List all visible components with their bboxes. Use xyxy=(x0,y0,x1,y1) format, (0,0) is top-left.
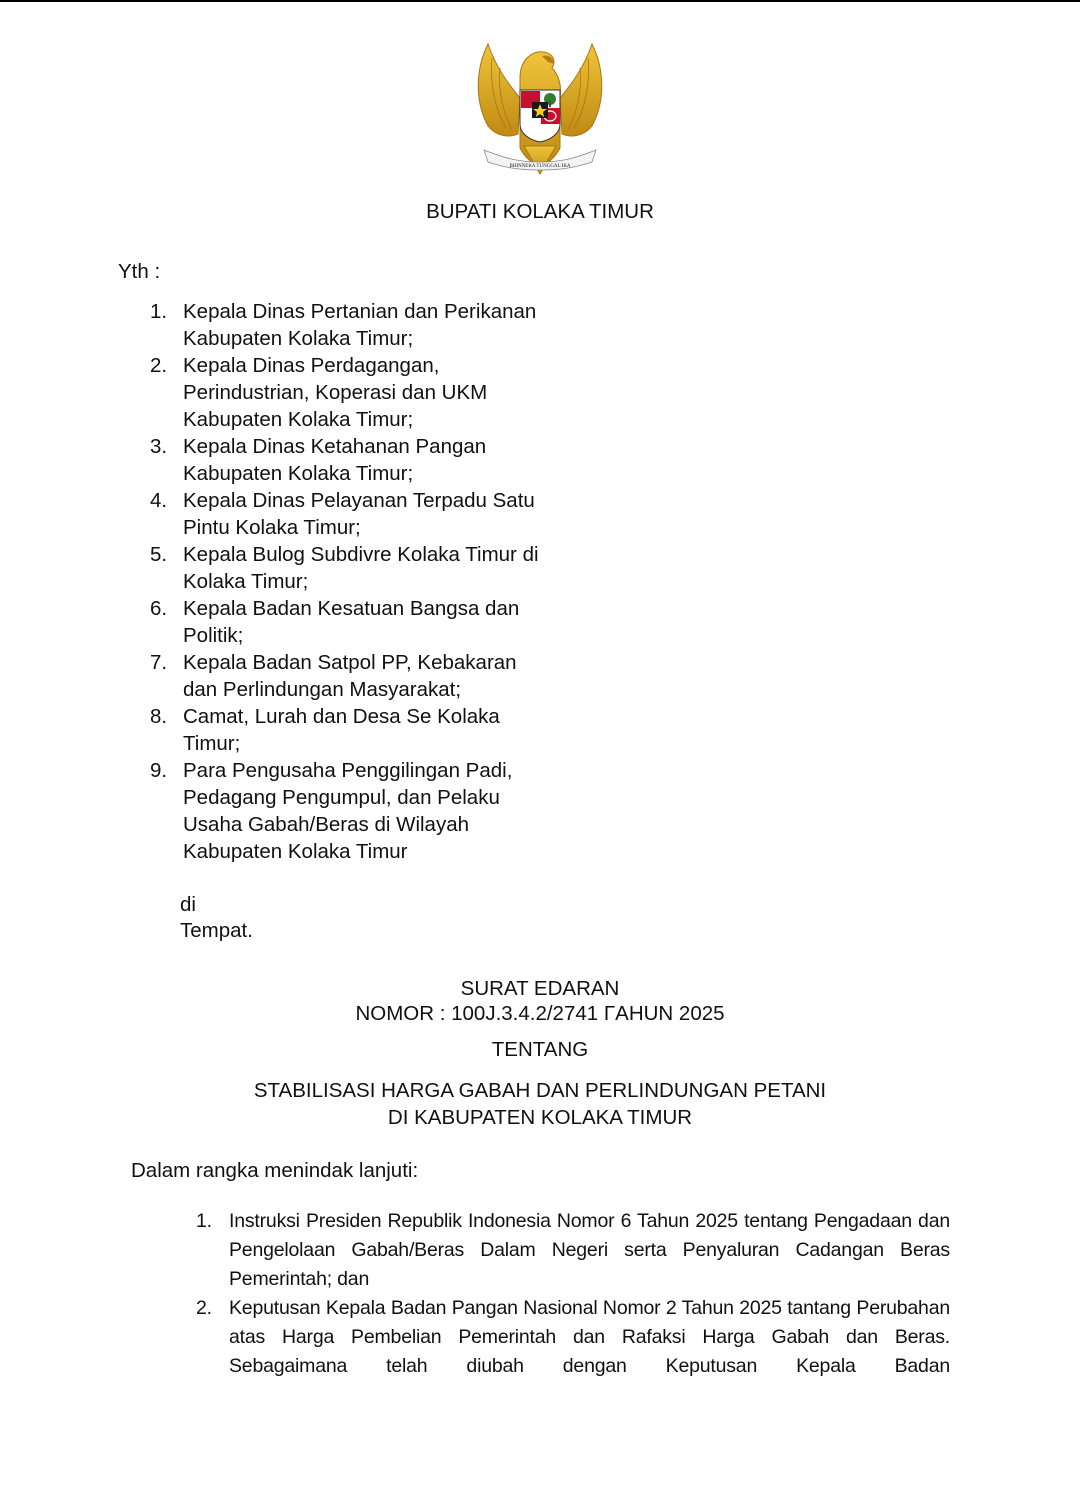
recipient-text: Kepala Badan Satpol PP, Kebakaran dan Pe… xyxy=(183,649,517,703)
salutation: Yth : xyxy=(118,258,160,285)
reference-number: 2. xyxy=(196,1294,229,1381)
recipient-text: Kepala Dinas Pelayanan Terpadu Satu Pint… xyxy=(183,487,535,541)
place-line-tempat: Tempat. xyxy=(180,917,253,944)
recipient-item: 4.Kepala Dinas Pelayanan Terpadu Satu Pi… xyxy=(150,487,539,541)
garuda-emblem-icon: BHINNEKA TUNGGAL IKA xyxy=(474,38,606,178)
recipient-number: 7. xyxy=(150,649,183,703)
subject-line-1: STABILISASI HARGA GABAH DAN PERLINDUNGAN… xyxy=(0,1077,1080,1104)
recipient-item: 7.Kepala Badan Satpol PP, Kebakaran dan … xyxy=(150,649,539,703)
recipient-text: Kepala Dinas Perdagangan, Perindustrian,… xyxy=(183,352,487,433)
recipient-item: 6.Kepala Badan Kesatuan Bangsa dan Polit… xyxy=(150,595,539,649)
recipient-number: 8. xyxy=(150,703,183,757)
recipient-item: 9.Para Pengusaha Penggilingan Padi, Peda… xyxy=(150,757,539,865)
reference-text: Instruksi Presiden Republik Indonesia No… xyxy=(229,1207,950,1294)
recipient-text: Kepala Bulog Subdivre Kolaka Timur di Ko… xyxy=(183,541,539,595)
reference-item: 2.Keputusan Kepala Badan Pangan Nasional… xyxy=(196,1294,950,1381)
recipient-number: 2. xyxy=(150,352,183,433)
reference-item: 1.Instruksi Presiden Republik Indonesia … xyxy=(196,1207,950,1294)
recipient-list: 1.Kepala Dinas Pertanian dan Perikanan K… xyxy=(150,298,539,865)
recipient-item: 3.Kepala Dinas Ketahanan Pangan Kabupate… xyxy=(150,433,539,487)
about-heading: TENTANG xyxy=(0,1036,1080,1063)
letter-type-heading: SURAT EDARAN xyxy=(0,975,1080,1002)
recipient-number: 3. xyxy=(150,433,183,487)
intro-text: Dalam rangka menindak lanjuti: xyxy=(131,1157,418,1184)
recipient-text: Kepala Badan Kesatuan Bangsa dan Politik… xyxy=(183,595,519,649)
reference-list: 1.Instruksi Presiden Republik Indonesia … xyxy=(196,1207,950,1381)
issuer-title: BUPATI KOLAKA TIMUR xyxy=(0,198,1080,225)
recipient-item: 2.Kepala Dinas Perdagangan, Perindustria… xyxy=(150,352,539,433)
top-border-line xyxy=(0,0,1080,2)
recipient-number: 4. xyxy=(150,487,183,541)
recipient-text: Kepala Dinas Ketahanan Pangan Kabupaten … xyxy=(183,433,486,487)
motto-text: BHINNEKA TUNGGAL IKA xyxy=(509,164,570,169)
reference-number: 1. xyxy=(196,1207,229,1294)
recipient-text: Camat, Lurah dan Desa Se Kolaka Timur; xyxy=(183,703,500,757)
recipient-text: Kepala Dinas Pertanian dan Perikanan Kab… xyxy=(183,298,536,352)
recipient-number: 9. xyxy=(150,757,183,865)
recipient-text: Para Pengusaha Penggilingan Padi, Pedaga… xyxy=(183,757,512,865)
recipient-item: 8.Camat, Lurah dan Desa Se Kolaka Timur; xyxy=(150,703,539,757)
recipient-item: 1.Kepala Dinas Pertanian dan Perikanan K… xyxy=(150,298,539,352)
recipient-item: 5.Kepala Bulog Subdivre Kolaka Timur di … xyxy=(150,541,539,595)
recipient-number: 5. xyxy=(150,541,183,595)
place-line-di: di xyxy=(180,891,196,918)
recipient-number: 1. xyxy=(150,298,183,352)
subject-line-2: DI KABUPATEN KOLAKA TIMUR xyxy=(0,1104,1080,1131)
letter-number: NOMOR : 100J.3.4.2/2741 ΓAHUN 2025 xyxy=(0,1000,1080,1027)
recipient-number: 6. xyxy=(150,595,183,649)
reference-text: Keputusan Kepala Badan Pangan Nasional N… xyxy=(229,1294,950,1381)
